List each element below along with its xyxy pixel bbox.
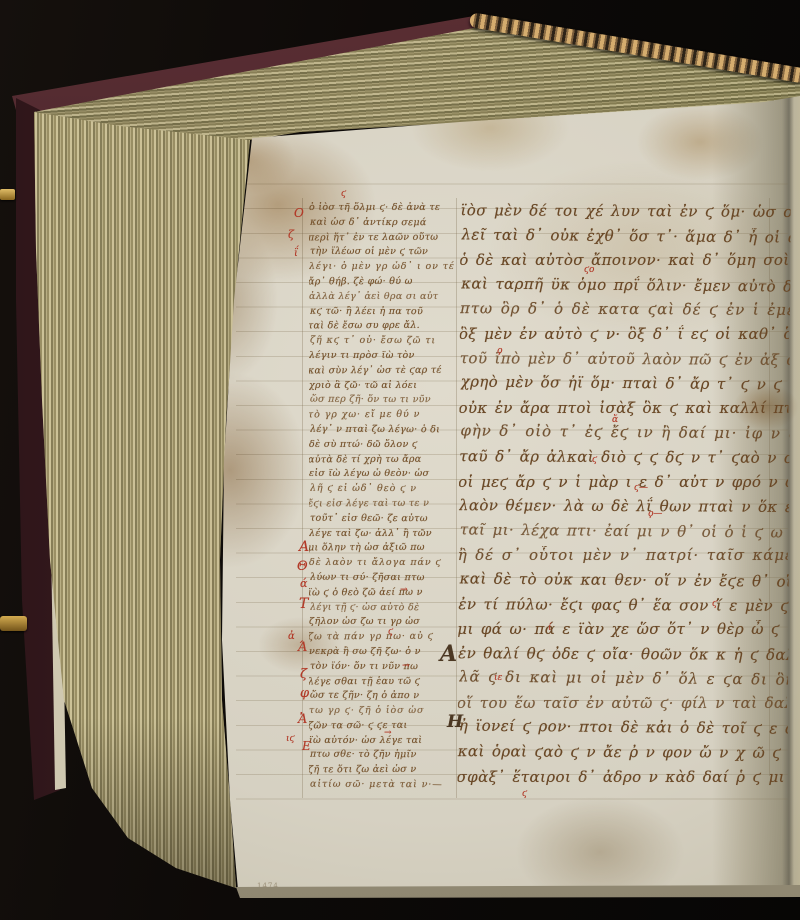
clasp-pin-lower bbox=[0, 616, 27, 631]
rubricated-initial: Ά bbox=[298, 641, 307, 654]
marginal-initial: Α bbox=[440, 643, 457, 665]
rubric-mark: → bbox=[400, 586, 408, 595]
rubric-mark: ϛ bbox=[712, 600, 717, 609]
rubricated-initial: ἀ bbox=[288, 632, 295, 642]
rubricated-initial: ζ bbox=[288, 229, 294, 240]
rubricated-initial: ΐ bbox=[294, 249, 298, 259]
rubric-mark: ϛ bbox=[341, 190, 346, 199]
rubric-mark: ϛ bbox=[592, 456, 597, 465]
rubric-mark: → bbox=[384, 729, 392, 738]
rubricated-initial: Τ bbox=[299, 597, 308, 611]
rubricated-initial: Ἀ bbox=[298, 713, 307, 726]
rubric-mark: ἅ bbox=[612, 416, 618, 425]
rubricated-initial: Θ bbox=[297, 560, 308, 573]
rubric-mark: ιε bbox=[494, 674, 502, 683]
rubric-mark: ϙ bbox=[497, 347, 502, 356]
manuscript-photo: ὁ ἱὸσ τῆ ὅλμι ϛ· δὲ ἀνὰ τεκαὶ ὡσ δ᾽ ἀντί… bbox=[0, 0, 800, 920]
rubric-mark: ϛ— bbox=[634, 484, 648, 493]
rubricated-initial: ιϛ bbox=[286, 735, 295, 744]
rubric-mark: ϛ bbox=[522, 790, 527, 799]
rubricated-initial: Α bbox=[299, 540, 309, 554]
rubric-mark: ί bbox=[548, 624, 552, 633]
rubric-mark: ϛο bbox=[584, 266, 594, 275]
rubricated-initial: Ε bbox=[302, 740, 311, 752]
clasp-pin-upper bbox=[0, 189, 15, 200]
rubric-mark: ϛ bbox=[388, 628, 393, 637]
marginal-initial: Η bbox=[447, 714, 463, 731]
rubricated-initial: φ bbox=[300, 687, 309, 700]
rubricated-initial: ά bbox=[300, 578, 307, 589]
rubric-mark: → bbox=[402, 662, 410, 671]
rubricated-initial: Ο bbox=[294, 207, 304, 219]
rubric-mark: ϙ— bbox=[648, 510, 662, 519]
rubricated-initial: ζ bbox=[300, 668, 307, 681]
